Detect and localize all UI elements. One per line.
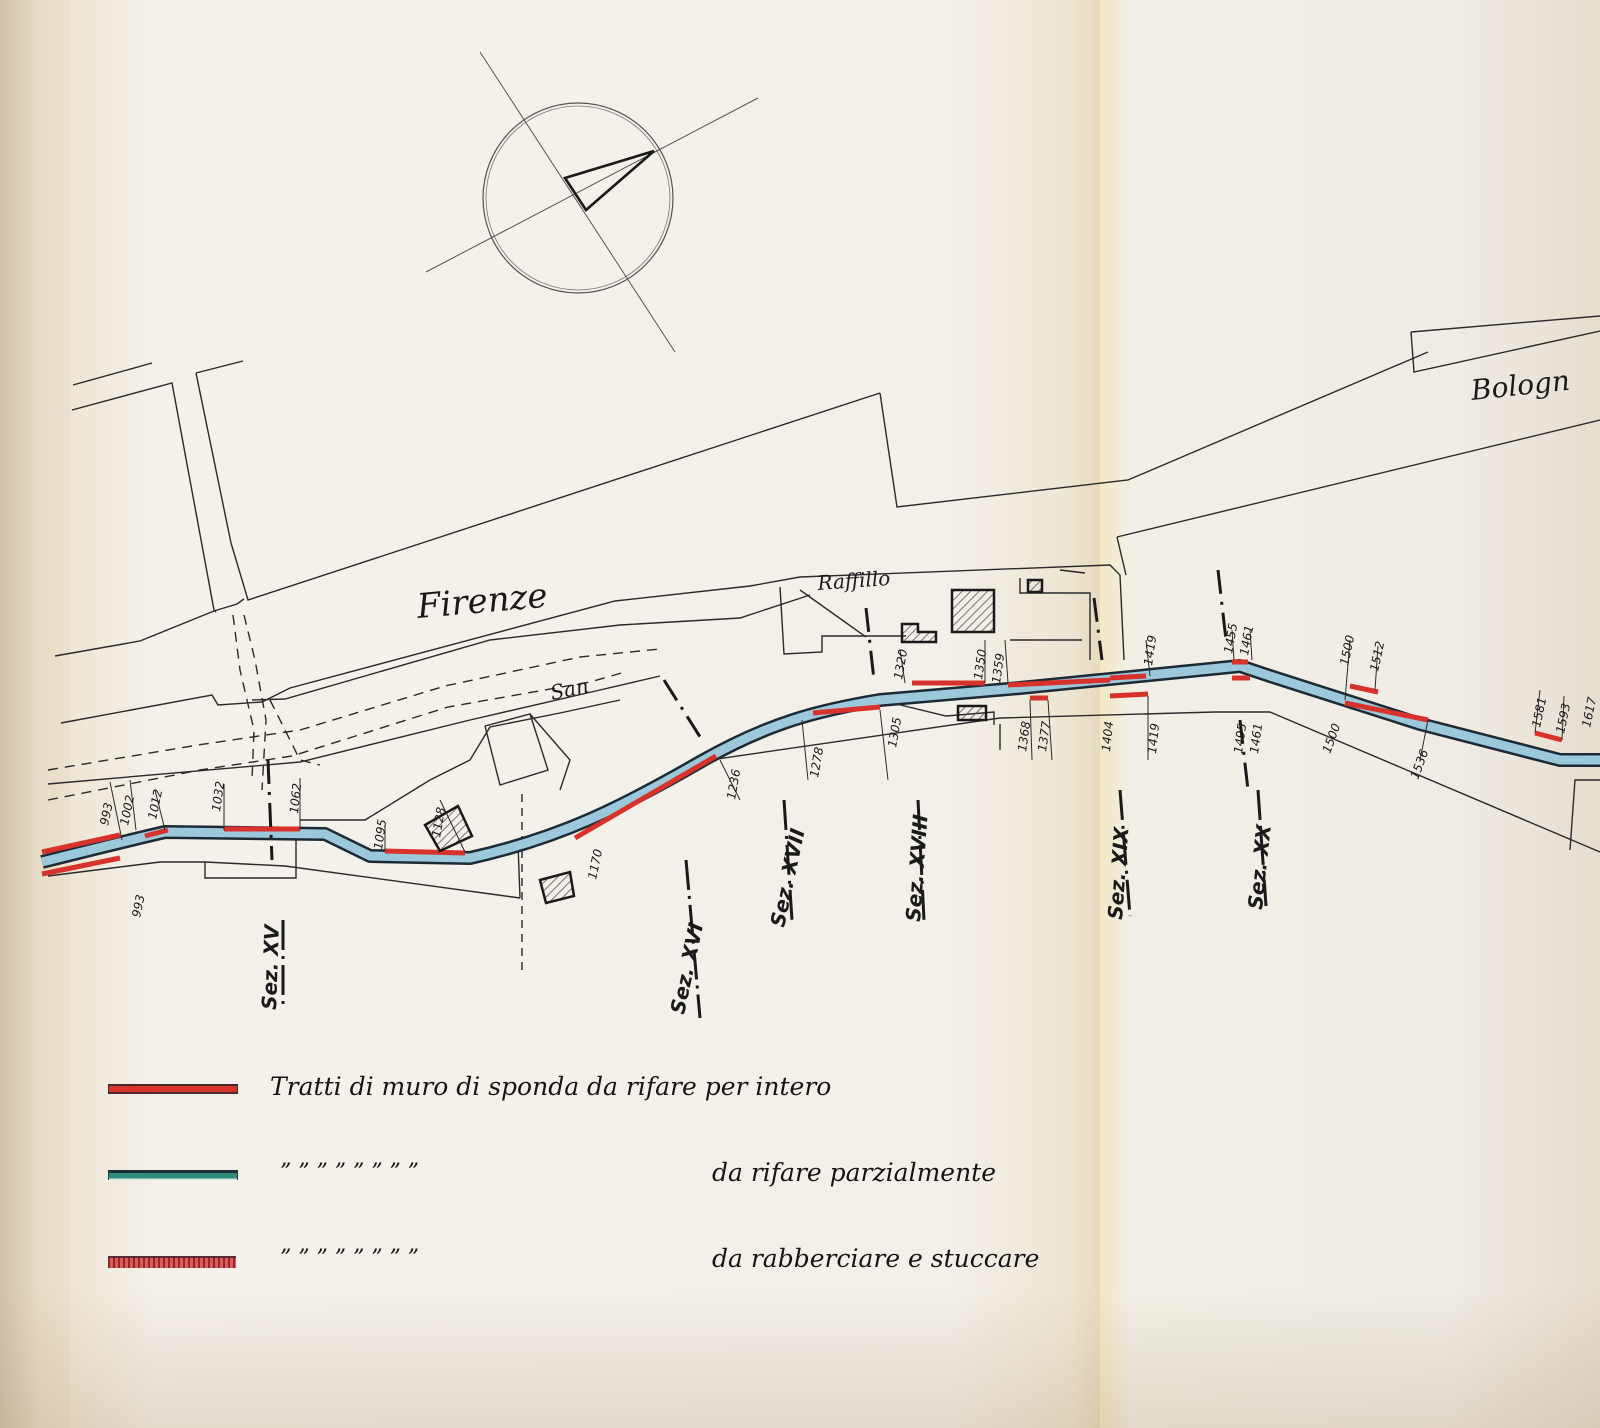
- svg-text:1617: 1617: [1579, 695, 1599, 728]
- label-bologna: Bologn: [1468, 364, 1571, 407]
- svg-text:1500: 1500: [1337, 633, 1357, 666]
- svg-text:1461: 1461: [1247, 722, 1265, 754]
- legend-text-full: Tratti di muro di sponda da rifare per i…: [270, 1072, 831, 1101]
- legend-text-patch: da rabberciare e stuccare: [712, 1244, 1039, 1273]
- svg-text:Sez. XVI: Sez. XVI: [665, 920, 708, 1016]
- svg-text:1377: 1377: [1035, 720, 1053, 753]
- label-firenze: Firenze: [414, 576, 549, 627]
- svg-text:1062: 1062: [287, 782, 304, 814]
- svg-text:1536: 1536: [1408, 747, 1432, 781]
- svg-text:Sez. XVII: Sez. XVII: [765, 826, 809, 929]
- svg-text:1581: 1581: [1529, 696, 1549, 729]
- svg-text:1404: 1404: [1099, 720, 1116, 752]
- legend-ditto-partial: ” ” ” ” ” ” ” ”: [280, 1160, 419, 1185]
- legend-ditto-patch: ” ” ” ” ” ” ” ”: [280, 1246, 419, 1271]
- svg-text:1368: 1368: [1015, 720, 1033, 753]
- legend-row-patch: ” ” ” ” ” ” ” ” da rabberciare e stuccar…: [100, 1242, 1220, 1282]
- svg-text:Sez. XV: Sez. XV: [257, 923, 284, 1010]
- street-outlines: [48, 316, 1600, 970]
- svg-text:993: 993: [97, 801, 115, 826]
- teal-line-swatch-icon: [108, 1170, 238, 1180]
- label-san: San: [548, 673, 591, 704]
- measurement-labels-upper: 993 1002 1012 1032 1062 1095 1128 1236 1…: [97, 622, 1599, 850]
- svg-text:1095: 1095: [371, 818, 389, 850]
- svg-text:1305: 1305: [885, 716, 904, 749]
- svg-text:1350: 1350: [971, 648, 989, 681]
- svg-text:1359: 1359: [989, 652, 1007, 684]
- svg-text:1495: 1495: [1231, 722, 1249, 754]
- svg-text:1012: 1012: [145, 788, 165, 821]
- section-labels: Sez. XV Sez. XVI Sez. XVII Sez. XVIII Se…: [257, 790, 1276, 1018]
- page-shadow: [0, 1288, 1600, 1428]
- svg-text:1512: 1512: [1367, 640, 1387, 673]
- legend-row-partial: ” ” ” ” ” ” ” ” da rifare parzialmente: [100, 1156, 1220, 1196]
- svg-text:Sez. XX: Sez. XX: [1243, 822, 1276, 911]
- svg-text:993: 993: [129, 893, 147, 918]
- svg-text:1236: 1236: [724, 768, 743, 801]
- label-raffillo: Raffillo: [816, 566, 891, 595]
- svg-text:1419: 1419: [1141, 634, 1159, 666]
- compass-icon: [426, 52, 758, 352]
- map-sheet: 993 1002 1012 1032 1062 1095 1128 1236 1…: [0, 0, 1600, 1428]
- legend-row-full: Tratti di muro di sponda da rifare per i…: [100, 1070, 1220, 1110]
- svg-text:1320: 1320: [891, 648, 910, 681]
- svg-text:1419: 1419: [1145, 722, 1162, 754]
- hatched-red-line-swatch-icon: [108, 1256, 236, 1268]
- legend-text-partial: da rifare parzialmente: [712, 1158, 996, 1187]
- svg-text:1500: 1500: [1320, 721, 1344, 755]
- svg-text:1170: 1170: [585, 847, 605, 880]
- map-drawing: 993 1002 1012 1032 1062 1095 1128 1236 1…: [0, 0, 1600, 1428]
- svg-text:1593: 1593: [1553, 702, 1573, 735]
- svg-text:1461: 1461: [1237, 624, 1256, 657]
- svg-text:Sez. XVIII: Sez. XVIII: [901, 813, 932, 922]
- svg-text:1278: 1278: [807, 746, 826, 779]
- svg-text:1032: 1032: [209, 780, 227, 812]
- svg-text:1002: 1002: [117, 794, 137, 827]
- red-line-swatch-icon: [108, 1084, 238, 1094]
